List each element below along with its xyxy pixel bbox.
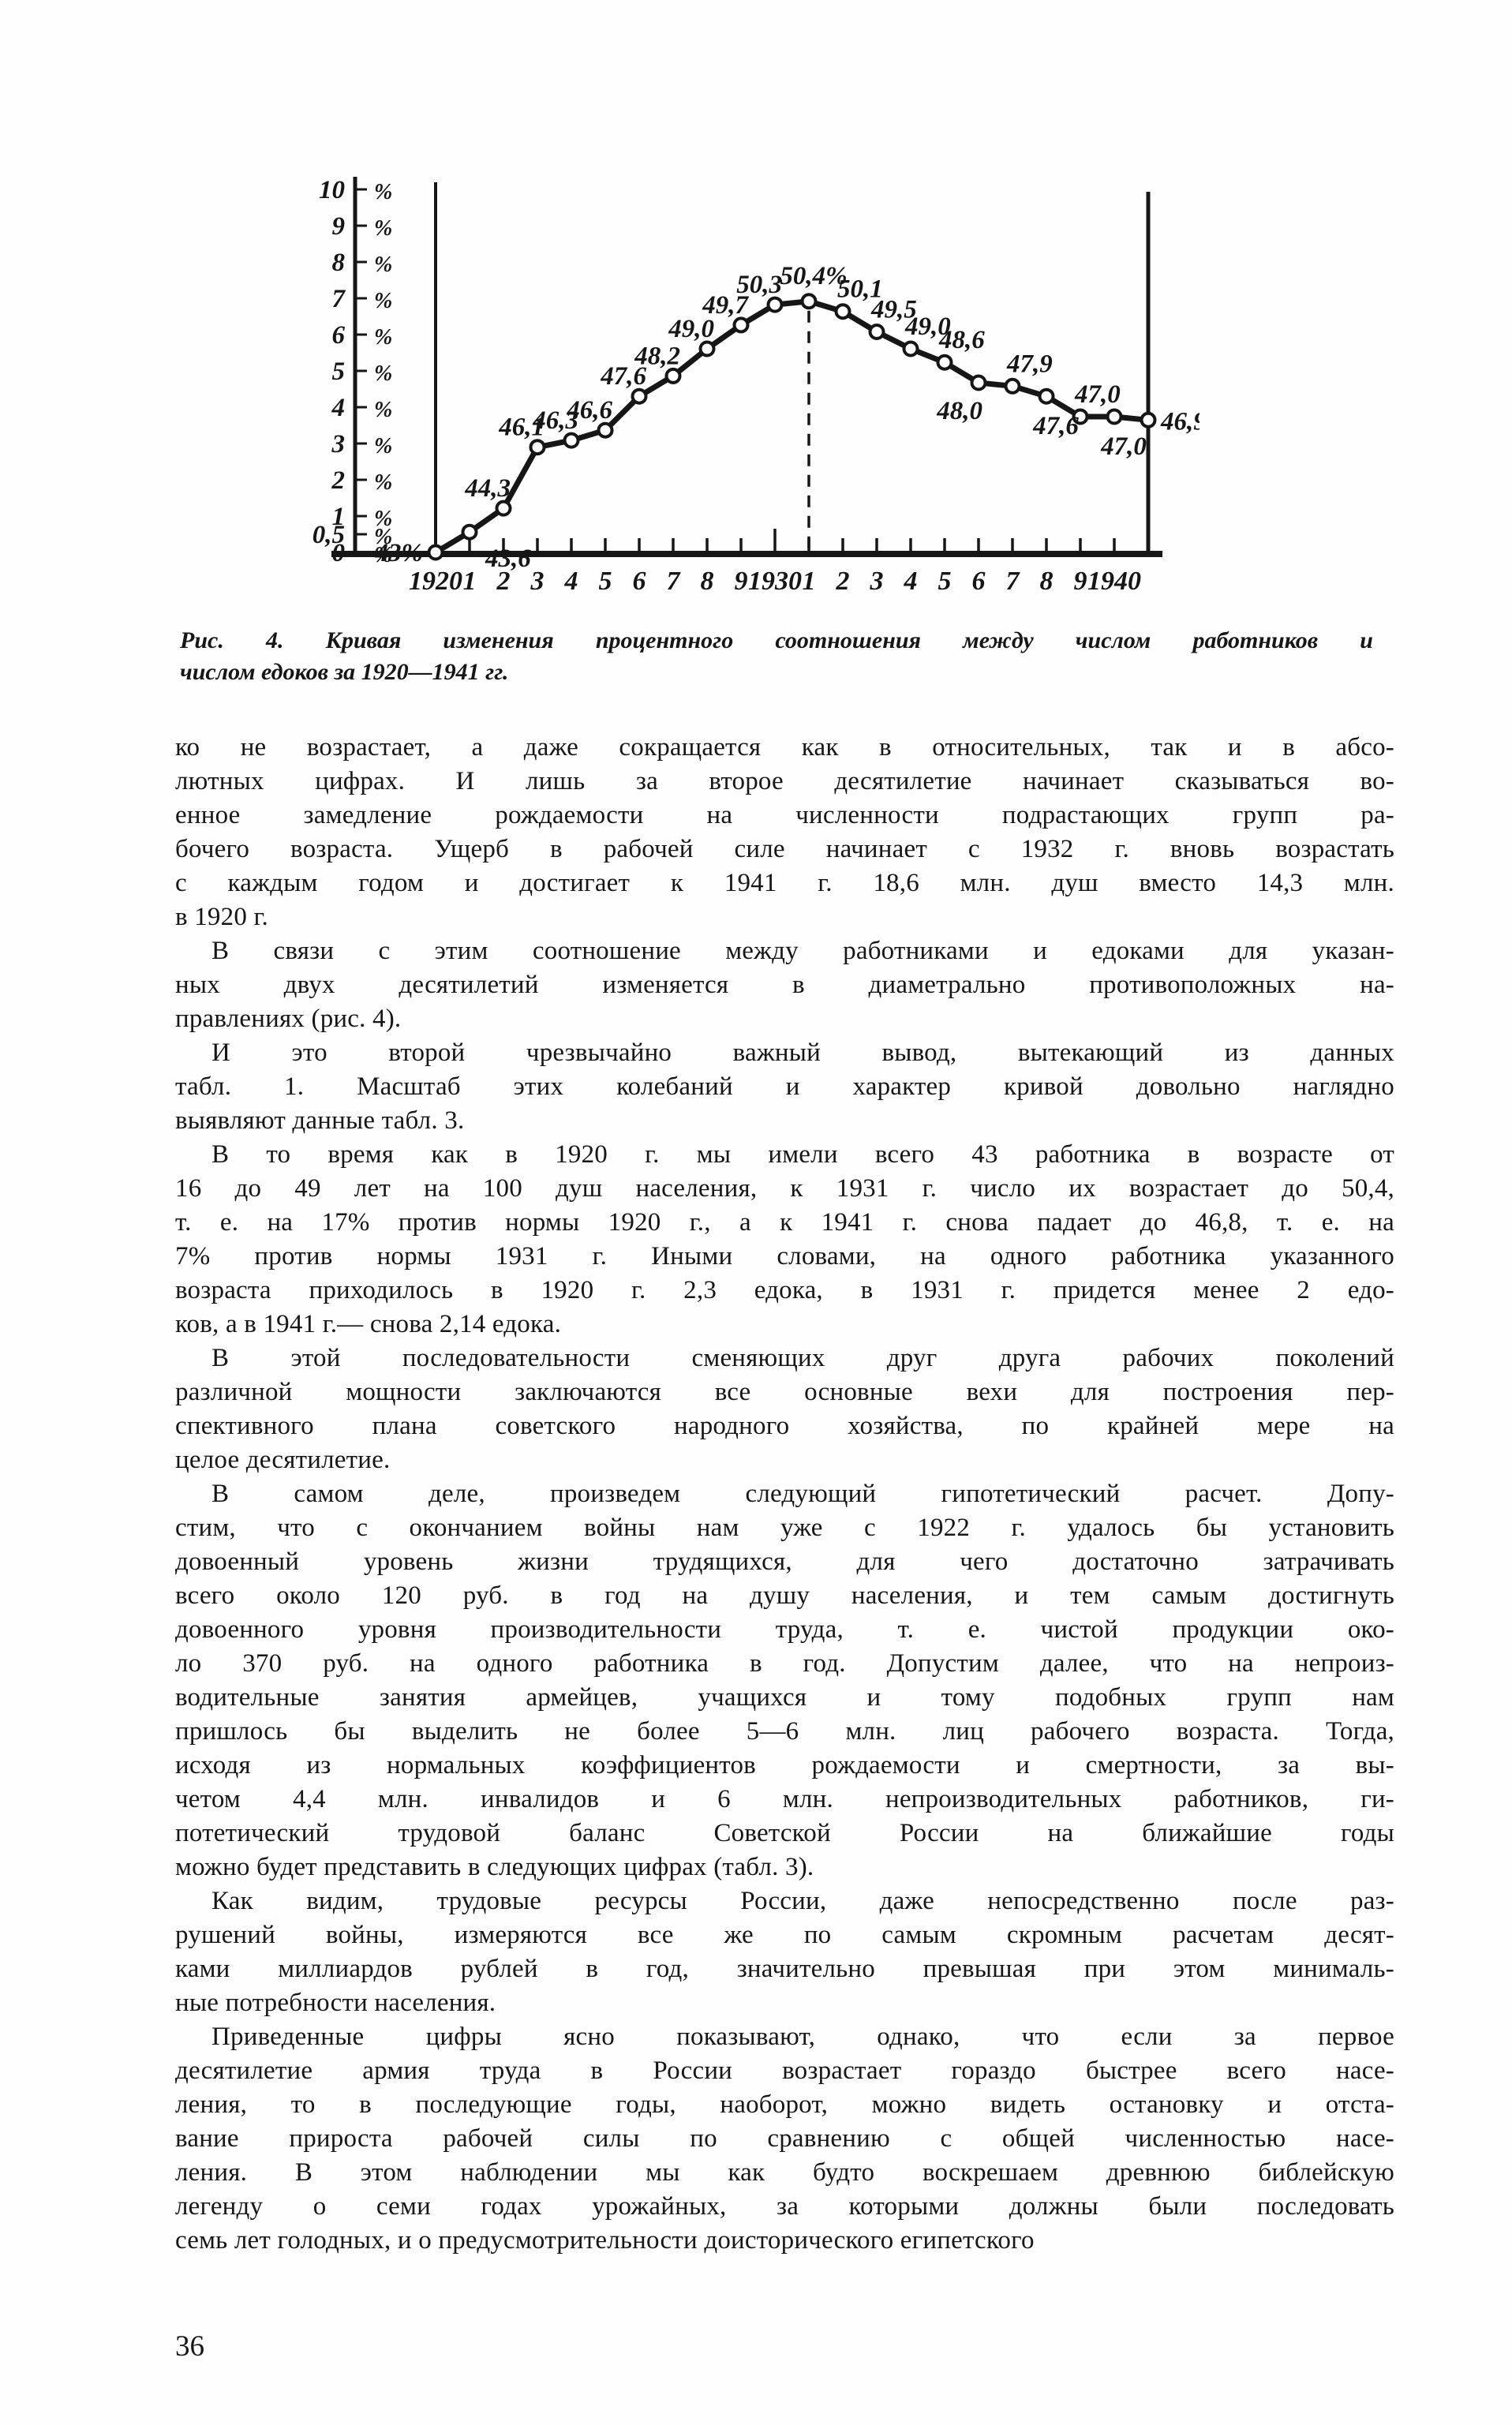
- data-label: 50,3: [736, 271, 782, 299]
- data-label: 47,0: [1100, 432, 1147, 461]
- x-tick-label: 7: [667, 567, 682, 596]
- text-line: легенду о семи годах урожайных, за котор…: [175, 2190, 1394, 2224]
- text-line: десятилетие армия труда в России возраст…: [175, 2054, 1394, 2088]
- data-label: 43,6: [485, 545, 531, 573]
- text-line: с каждым годом и достигает к 1941 г. 18,…: [175, 866, 1394, 900]
- figure-4: 0%0,5%1%2%3%4%5%6%7%8%9%10%1920123456789…: [300, 146, 1199, 631]
- text-line: В связи с этим соотношение между работни…: [175, 934, 1394, 968]
- data-label: 47,0: [1074, 380, 1121, 409]
- text-line: довоенный уровень жизни трудящихся, для …: [175, 1545, 1394, 1579]
- text-line: В то время как в 1920 г. мы имели всего …: [175, 1138, 1394, 1172]
- text-line: вание прироста рабочей силы по сравнению…: [175, 2122, 1394, 2156]
- data-point: [1006, 380, 1020, 393]
- text-line: целое десятилетие.: [175, 1443, 1394, 1477]
- data-point: [870, 325, 884, 339]
- data-point: [429, 546, 443, 559]
- text-line: исходя из нормальных коэффициентов рожда…: [175, 1749, 1394, 1783]
- x-tick-label: 5: [599, 567, 612, 596]
- body-text: ко не возрастает, а даже сокращается как…: [175, 731, 1394, 2258]
- data-point: [463, 526, 477, 539]
- x-tick-label: 3: [530, 567, 545, 596]
- data-point: [1142, 414, 1155, 427]
- x-tick-label: 8: [701, 567, 714, 596]
- x-tick-label: 7: [1006, 567, 1021, 596]
- y-tick-label: 4: [331, 394, 346, 422]
- x-tick-label: 1930: [748, 567, 802, 596]
- data-point: [1108, 410, 1121, 424]
- x-tick-label: 1: [803, 567, 816, 596]
- text-line: ками миллиардов рублей в год, значительн…: [175, 1952, 1394, 1986]
- figure-caption-line-2: числом едоков за 1920—1941 гг.: [180, 657, 1373, 688]
- y-tick-label: 2: [331, 466, 346, 495]
- text-line: различной мощности заключаются все основ…: [175, 1375, 1394, 1409]
- data-point: [1040, 390, 1054, 403]
- text-line: т. е. на 17% против нормы 1920 г., а к 1…: [175, 1206, 1394, 1240]
- text-line: потетический трудовой баланс Советской Р…: [175, 1817, 1394, 1851]
- text-line: ления. В этом наблюдении мы как будто во…: [175, 2156, 1394, 2190]
- text-line: Приведенные цифры ясно показывают, однак…: [175, 2020, 1394, 2054]
- data-point: [599, 424, 612, 437]
- x-tick-label: 5: [938, 567, 952, 596]
- y-tick-label: 5: [332, 357, 346, 386]
- text-line: ления, то в последующие годы, наоборот, …: [175, 2088, 1394, 2122]
- data-point: [667, 369, 680, 383]
- text-line: бочего возраста. Ущерб в рабочей силе на…: [175, 833, 1394, 866]
- y-tick-label: 1: [332, 503, 346, 531]
- y-tick-label: 8: [332, 249, 346, 277]
- x-tick-label: 1940: [1087, 567, 1141, 596]
- y-percent-sign: %: [374, 216, 392, 241]
- data-point: [972, 376, 986, 390]
- data-label: 44,3: [464, 474, 511, 503]
- text-line: можно будет представить в следующих цифр…: [175, 1851, 1394, 1884]
- x-tick-label: 4: [564, 567, 578, 596]
- text-line: ные потребности населения.: [175, 1986, 1394, 2020]
- data-point: [701, 342, 714, 356]
- text-line: пришлось бы выделить не более 5—6 млн. л…: [175, 1715, 1394, 1749]
- data-label: 43%: [375, 539, 424, 567]
- text-line: в 1920 г.: [175, 900, 1394, 934]
- text-line: 7% против нормы 1931 г. Иными словами, н…: [175, 1240, 1394, 1274]
- x-tick-label: 2: [836, 567, 850, 596]
- text-line: правлениях (рис. 4).: [175, 1002, 1394, 1036]
- y-percent-sign: %: [374, 325, 392, 350]
- data-point: [531, 440, 545, 454]
- text-line: ных двух десятилетий изменяется в диамет…: [175, 968, 1394, 1002]
- data-point: [904, 342, 918, 356]
- x-tick-label: 6: [633, 567, 646, 596]
- y-percent-sign: %: [374, 180, 392, 204]
- y-percent-sign: %: [374, 253, 392, 277]
- data-point: [497, 502, 511, 515]
- text-line: И это второй чрезвычайно важный вывод, в…: [175, 1036, 1394, 1070]
- text-line: ков, а в 1941 г.— снова 2,14 едока.: [175, 1308, 1394, 1342]
- x-tick-label: 1: [463, 567, 477, 596]
- y-tick-label: 6: [332, 321, 346, 350]
- text-line: В этой последовательности сменяющих друг…: [175, 1342, 1394, 1375]
- y-tick-label: 3: [331, 430, 346, 458]
- data-label: 48,0: [936, 397, 982, 425]
- text-line: возраста приходилось в 1920 г. 2,3 едока…: [175, 1274, 1394, 1308]
- data-label: 48,6: [938, 326, 985, 354]
- y-percent-sign: %: [374, 398, 392, 422]
- figure-caption: Рис. 4. Кривая изменения процентного соо…: [180, 625, 1373, 688]
- text-line: выявляют данные табл. 3.: [175, 1104, 1394, 1138]
- y-percent-sign: %: [374, 289, 392, 313]
- data-point: [938, 356, 952, 369]
- data-label: 46,6: [566, 396, 612, 425]
- x-tick-label: 9: [735, 567, 748, 596]
- data-label: 47,6: [1032, 412, 1079, 440]
- text-line: довоенного уровня производительности тру…: [175, 1613, 1394, 1647]
- y-tick-label: 7: [332, 285, 346, 313]
- text-line: спективного плана советского народного х…: [175, 1409, 1394, 1443]
- data-labels: 43%43,644,346,146,346,647,648,249,049,75…: [375, 262, 1200, 573]
- text-line: ко не возрастает, а даже сокращается как…: [175, 731, 1394, 765]
- y-axis: 0%0,5%1%2%3%4%5%6%7%8%9%10%: [313, 176, 393, 567]
- data-point: [803, 294, 816, 308]
- text-line: всего около 120 руб. в год на душу насел…: [175, 1579, 1394, 1613]
- x-tick-label: 9: [1074, 567, 1087, 596]
- text-line: водительные занятия армейцев, учащихся и…: [175, 1681, 1394, 1715]
- text-line: ло 370 руб. на одного работника в год. Д…: [175, 1647, 1394, 1681]
- text-line: стим, что с окончанием войны нам уже с 1…: [175, 1511, 1394, 1545]
- data-point: [836, 305, 850, 318]
- y-tick-label: 10: [319, 176, 345, 204]
- text-line: 16 до 49 лет на 100 душ населения, к 193…: [175, 1172, 1394, 1206]
- data-point: [565, 434, 578, 447]
- text-line: Как видим, трудовые ресурсы России, даже…: [175, 1884, 1394, 1918]
- text-line: рушений войны, измеряются все же по самы…: [175, 1918, 1394, 1952]
- data-point: [769, 298, 782, 312]
- figure-caption-line-1: Рис. 4. Кривая изменения процентного соо…: [180, 625, 1373, 657]
- scanned-page: 0%0,5%1%2%3%4%5%6%7%8%9%10%1920123456789…: [0, 0, 1512, 2425]
- data-label: 48,2: [634, 342, 680, 370]
- y-tick-label: 9: [332, 212, 346, 241]
- y-percent-sign: %: [374, 507, 392, 531]
- text-line: четом 4,4 млн. инвалидов и 6 млн. непрои…: [175, 1783, 1394, 1817]
- text-line: лютных цифрах. И лишь за второе десятиле…: [175, 765, 1394, 799]
- data-point: [633, 390, 646, 403]
- data-label: 47,9: [1006, 350, 1053, 378]
- page-number: 36: [175, 2330, 204, 2363]
- x-tick-label: 6: [972, 567, 986, 596]
- text-line: семь лет голодных, и о предусмотрительно…: [175, 2224, 1394, 2258]
- x-tick-label: 8: [1040, 567, 1054, 596]
- text-line: табл. 1. Масштаб этих колебаний и характ…: [175, 1070, 1394, 1104]
- y-percent-sign: %: [374, 434, 392, 458]
- data-label: 46,9%: [1160, 407, 1199, 436]
- x-tick-label: 4: [904, 567, 918, 596]
- data-point: [735, 318, 748, 331]
- y-percent-sign: %: [374, 361, 392, 386]
- text-line: енное замедление рождаемости на численно…: [175, 799, 1394, 833]
- workers-eaters-ratio-chart: 0%0,5%1%2%3%4%5%6%7%8%9%10%1920123456789…: [300, 146, 1199, 631]
- y-percent-sign: %: [374, 470, 392, 495]
- x-tick-label: 1920: [409, 567, 462, 596]
- x-tick-label: 3: [870, 567, 884, 596]
- text-line: В самом деле, произведем следующий гипот…: [175, 1477, 1394, 1511]
